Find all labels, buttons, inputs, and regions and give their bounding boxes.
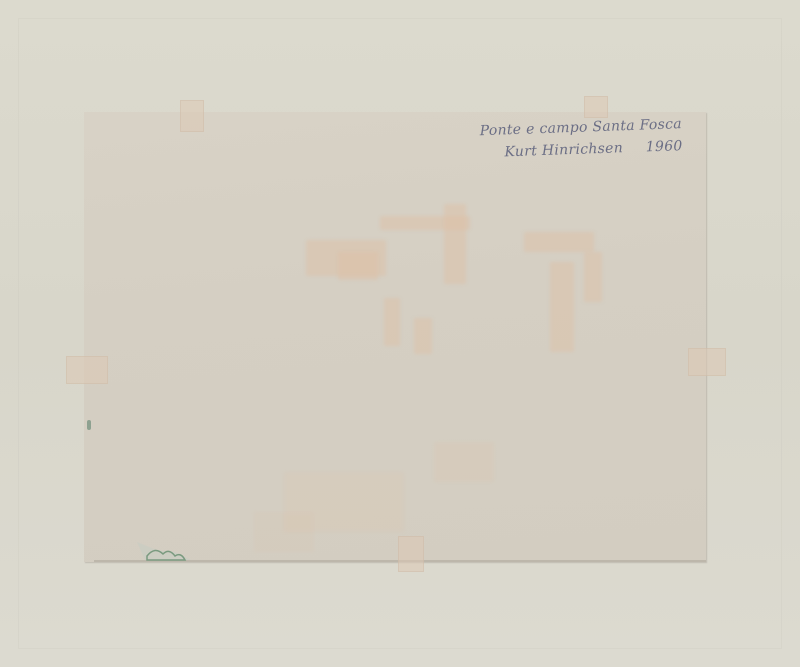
bleed-stain	[550, 262, 574, 352]
handwritten-inscription: Ponte e campo Santa Fosca Kurt Hinrichse…	[479, 112, 720, 164]
hinge-tape	[688, 348, 726, 376]
bleed-stain	[384, 298, 400, 346]
bleed-stain	[434, 442, 494, 482]
bleed-stain	[254, 512, 314, 552]
green-speck	[87, 420, 91, 430]
hinge-tape	[584, 96, 608, 118]
corner-stain	[135, 538, 195, 562]
bleed-stain	[524, 232, 594, 252]
inscription-artist: Kurt Hinrichsen	[504, 140, 623, 160]
artwork-paper-verso	[84, 112, 706, 562]
hinge-tape	[180, 100, 204, 132]
inscription-year: 1960	[645, 138, 682, 155]
hinge-tape	[398, 536, 424, 572]
bleed-stain	[584, 252, 602, 302]
bleed-stain	[338, 252, 378, 280]
hinge-tape	[66, 356, 108, 384]
bleed-stain	[444, 204, 466, 284]
bleed-stain	[414, 318, 432, 354]
